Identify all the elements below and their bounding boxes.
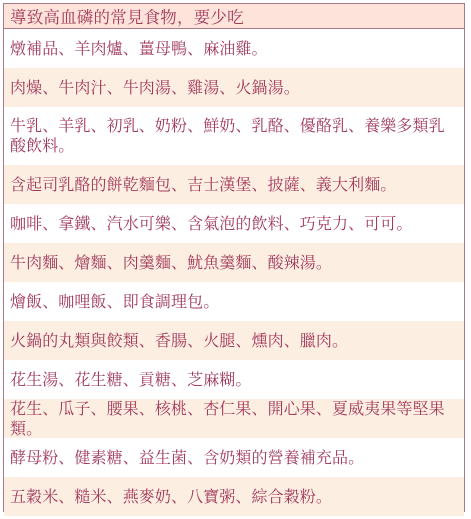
table-body: 燉補品、羊肉爐、薑母鴨、麻油雞。 肉燥、牛肉汁、牛肉湯、雞湯、火鍋湯。 牛乳、羊… — [4, 29, 464, 516]
high-phosphorus-foods-table: 導致高血磷的常見食物，要少吃 燉補品、羊肉爐、薑母鴨、麻油雞。 肉燥、牛肉汁、牛… — [3, 3, 465, 512]
table-row: 牛乳、羊乳、初乳、奶粉、鮮奶、乳酪、優酪乳、養樂多類乳酸飲料。 — [4, 107, 464, 165]
table-row: 燴飯、咖哩飯、即食調理包。 — [4, 282, 464, 321]
table-row: 花生湯、花生糖、貢糖、芝麻糊。 — [4, 360, 464, 399]
table-row: 酵母粉、健素糖、益生菌、含奶類的營養補充品。 — [4, 438, 464, 477]
table-header: 導致高血磷的常見食物，要少吃 — [4, 4, 464, 29]
table-row: 花生、瓜子、腰果、核桃、杏仁果、開心果、夏威夷果等堅果類。 — [4, 399, 464, 438]
table-row: 牛肉麵、燴麵、肉羹麵、魷魚羹麵、酸辣湯。 — [4, 243, 464, 282]
table-row: 燉補品、羊肉爐、薑母鴨、麻油雞。 — [4, 29, 464, 68]
table-row: 咖啡、拿鐵、汽水可樂、含氣泡的飲料、巧克力、可可。 — [4, 204, 464, 243]
table-row: 火鍋的丸類與餃類、香腸、火腿、燻肉、臘肉。 — [4, 321, 464, 360]
table-row: 五穀米、糙米、燕麥奶、八寶粥、綜合穀粉。 — [4, 477, 464, 516]
table-row: 肉燥、牛肉汁、牛肉湯、雞湯、火鍋湯。 — [4, 68, 464, 107]
table-row: 含起司乳酪的餅乾麵包、吉士漢堡、披薩、義大利麵。 — [4, 165, 464, 204]
